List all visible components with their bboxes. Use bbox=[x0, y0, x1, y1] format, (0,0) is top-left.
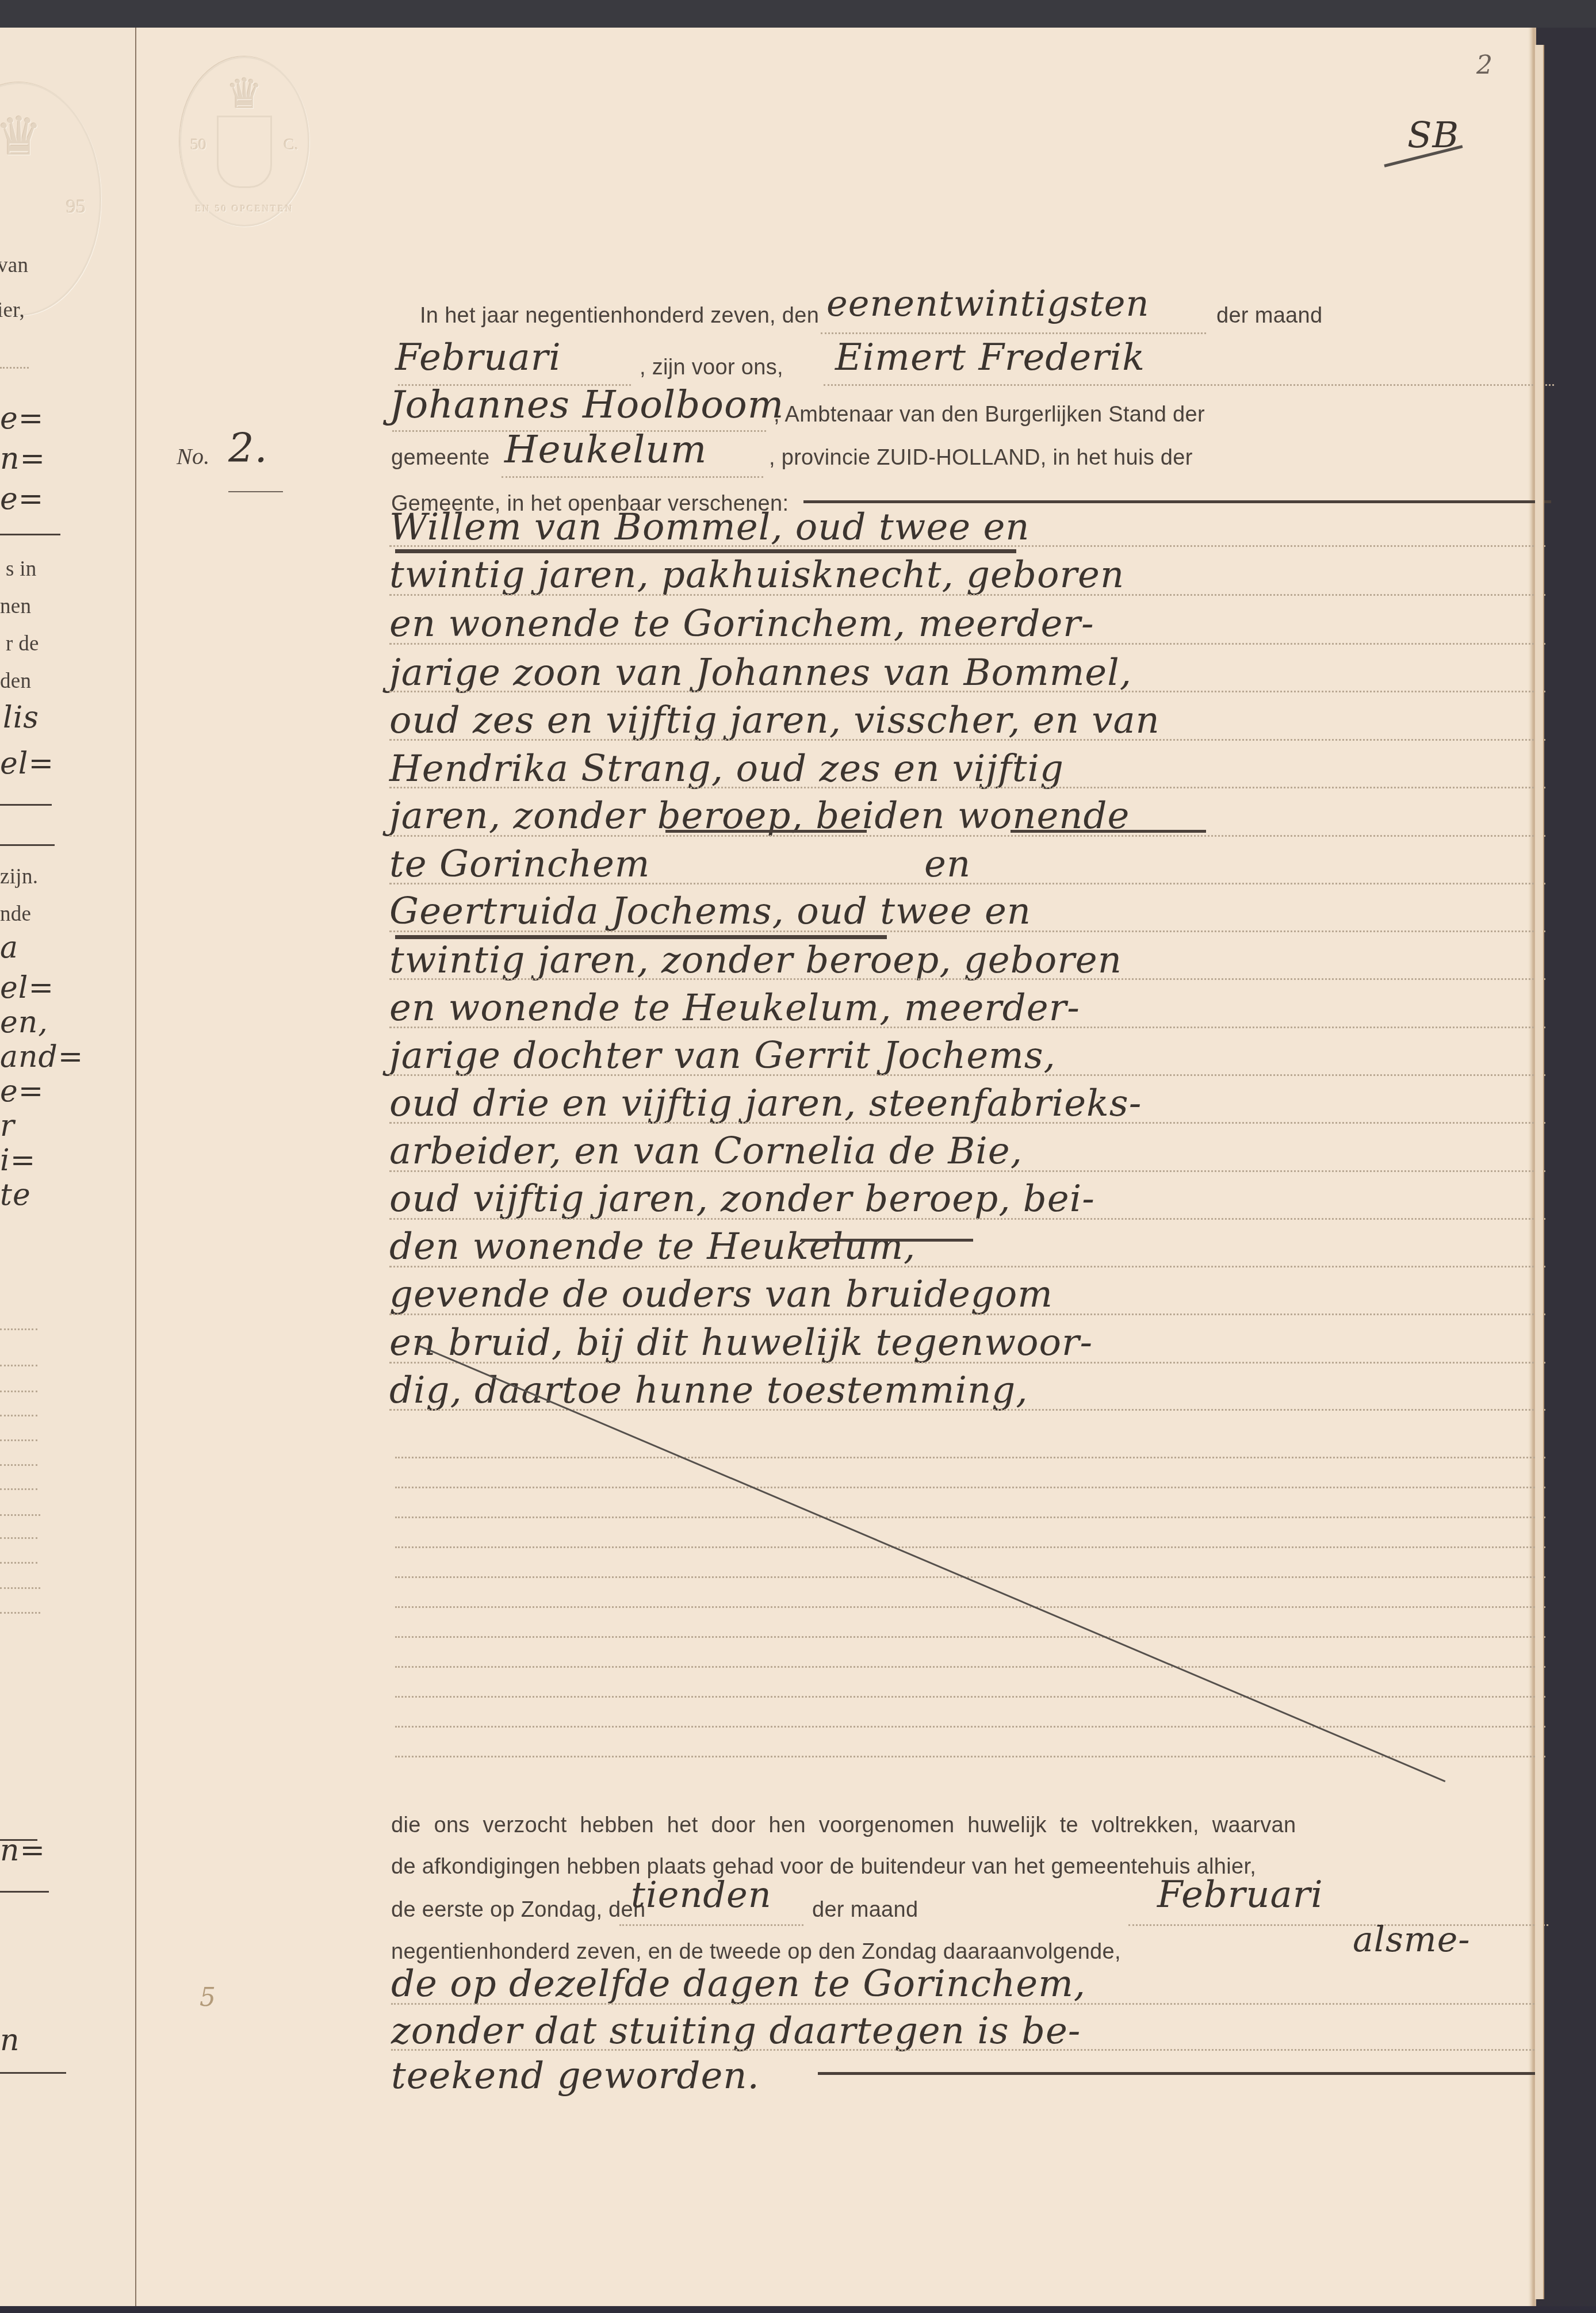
intro-line2: , zijn voor ons, bbox=[640, 355, 783, 380]
left-hand-14: n bbox=[0, 2023, 20, 2058]
left-print-6: zijn. bbox=[0, 864, 38, 889]
closing-line2: de afkondigingen hebben plaats gehad voo… bbox=[391, 1855, 1256, 1879]
body-line: twintig jaren, zonder beroep, geboren bbox=[389, 939, 1122, 982]
first-banns-month: Februari bbox=[1157, 1874, 1323, 1916]
closing-line1: die ons verzocht hebben het door hen voo… bbox=[391, 1813, 1296, 1838]
embossed-stamp-left: ♛ 95 bbox=[0, 82, 101, 316]
body-line: arbeider, en van Cornelia de Bie, bbox=[389, 1130, 1023, 1173]
left-rule-3 bbox=[0, 844, 55, 846]
page-number: 2 bbox=[1476, 51, 1493, 80]
intro-line4-a: gemeente bbox=[391, 446, 489, 470]
left-hand-7: en, bbox=[0, 1005, 48, 1040]
body-line: dig, daartoe hunne toestemming, bbox=[389, 1369, 1028, 1412]
body-line: Willem van Bommel, oud twee en bbox=[389, 506, 1030, 549]
record-label: No. bbox=[177, 443, 210, 470]
left-hand-10: r bbox=[0, 1109, 15, 1143]
bride-name-underline bbox=[395, 935, 887, 939]
closing-line3-a: de eerste op Zondag, den bbox=[391, 1898, 645, 1923]
closing-hand-line: de op dezelfde dagen te Gorinchem, bbox=[391, 1963, 1086, 2005]
left-print-3: nen bbox=[0, 594, 31, 619]
record-number: 2. bbox=[228, 424, 268, 472]
body-line: Geertruida Jochems, oud twee en bbox=[389, 890, 1031, 933]
left-hand-2: e= bbox=[0, 482, 44, 516]
body-line: en bruid, bij dit huwelijk tegenwoor- bbox=[389, 1322, 1093, 1364]
official-name-2: Johannes Hoolboom bbox=[389, 382, 784, 427]
closing-fill-rule bbox=[818, 2072, 1543, 2075]
official-name-1: Eimert Frederik bbox=[835, 336, 1145, 379]
crown-emboss-icon: ♛ bbox=[0, 106, 43, 167]
left-hand-5: a bbox=[0, 930, 18, 965]
body-line: te Gorinchem bbox=[389, 843, 650, 886]
left-hand-12: te bbox=[0, 1178, 31, 1212]
pencil-mark: 5 bbox=[200, 1983, 216, 2012]
left-hand-4: el= bbox=[0, 746, 54, 781]
intro-fill-rule bbox=[803, 500, 1551, 503]
municipality: Heukelum bbox=[504, 427, 707, 472]
scanner-background-top bbox=[0, 0, 1596, 28]
closing-line3-b: der maand bbox=[812, 1898, 918, 1923]
left-rule-2 bbox=[0, 804, 52, 806]
body-line: jarige dochter van Gerrit Jochems, bbox=[389, 1035, 1056, 1077]
left-hand-6: el= bbox=[0, 971, 54, 1005]
closing-hand-line: teekend geworden. bbox=[391, 2055, 760, 2097]
body-line: Hendrika Strang, oud zes en vijftig bbox=[389, 748, 1064, 790]
body-line: oud zes en vijftig jaren, visscher, en v… bbox=[389, 699, 1160, 742]
closing-hand-continue: alsme- bbox=[1353, 1920, 1470, 1960]
marriage-month: Februari bbox=[395, 336, 561, 379]
left-hand-0: e= bbox=[0, 401, 44, 436]
left-print-4: r de bbox=[6, 631, 39, 656]
shield-lion-emboss-icon bbox=[217, 116, 272, 188]
record-page: ♛ 50 C. EN 50 OPCENTEN 2 SB No. 2. In he… bbox=[136, 28, 1536, 2306]
left-page-fragment: ♛ 95 van ier, e= n= e= s in nen r de den… bbox=[0, 28, 136, 2306]
left-print-0: van bbox=[0, 253, 28, 278]
left-print-7: nde bbox=[0, 902, 31, 926]
left-hand-3: lis bbox=[3, 700, 39, 735]
left-dotted-line bbox=[0, 367, 29, 369]
crown-emboss-icon: ♛ bbox=[226, 70, 263, 118]
left-print-1: ier, bbox=[0, 298, 25, 323]
conjunction-en: en bbox=[924, 843, 971, 886]
intro-line1-a: In het jaar negentienhonderd zeven, den bbox=[420, 304, 819, 328]
body-line: en wonende te Gorinchem, meerder- bbox=[389, 603, 1094, 645]
left-print-5: den bbox=[0, 669, 31, 694]
intro-line3: , Ambtenaar van den Burgerlijken Stand d… bbox=[774, 403, 1205, 427]
left-hand-1: n= bbox=[0, 442, 45, 476]
left-hand-13: n= bbox=[0, 1833, 45, 1868]
left-hand-8: and= bbox=[0, 1040, 83, 1074]
body-line: oud vijftig jaren, zonder beroep, bei- bbox=[389, 1178, 1095, 1220]
scanner-background-bottom bbox=[0, 2306, 1596, 2313]
body-line: twintig jaren, pakhuisknecht, geboren bbox=[389, 554, 1124, 596]
first-banns-day: tienden bbox=[631, 1874, 772, 1916]
body-line: jarige zoon van Johannes van Bommel, bbox=[389, 652, 1132, 694]
closing-hand-line: zonder dat stuiting daartegen is be- bbox=[391, 2010, 1081, 2052]
left-rule bbox=[0, 534, 60, 535]
body-line: gevende de ouders van bruidegom bbox=[389, 1273, 1053, 1316]
intro-line1-b: der maand bbox=[1216, 304, 1322, 328]
fill-rule bbox=[665, 830, 867, 833]
body-line: oud drie en vijftig jaren, steenfabrieks… bbox=[389, 1082, 1142, 1125]
groom-name-underline bbox=[395, 549, 1016, 553]
left-hand-9: e= bbox=[0, 1074, 44, 1109]
left-print-2: s in bbox=[6, 557, 37, 581]
fill-rule bbox=[801, 1239, 973, 1242]
intro-line4-b: , provincie ZUID-HOLLAND, in het huis de… bbox=[769, 446, 1193, 470]
record-number-underline bbox=[228, 491, 283, 492]
embossed-tax-stamp: ♛ 50 C. EN 50 OPCENTEN bbox=[179, 56, 309, 227]
body-line: den wonende te Heukelum, bbox=[389, 1226, 916, 1268]
closing-line4: negentienhonderd zeven, en de tweede op … bbox=[391, 1940, 1121, 1964]
left-hand-11: i= bbox=[0, 1143, 36, 1178]
fill-rule bbox=[1011, 830, 1206, 833]
body-line: en wonende te Heukelum, meerder- bbox=[389, 987, 1080, 1029]
marriage-day: eenentwintigsten bbox=[826, 282, 1149, 324]
